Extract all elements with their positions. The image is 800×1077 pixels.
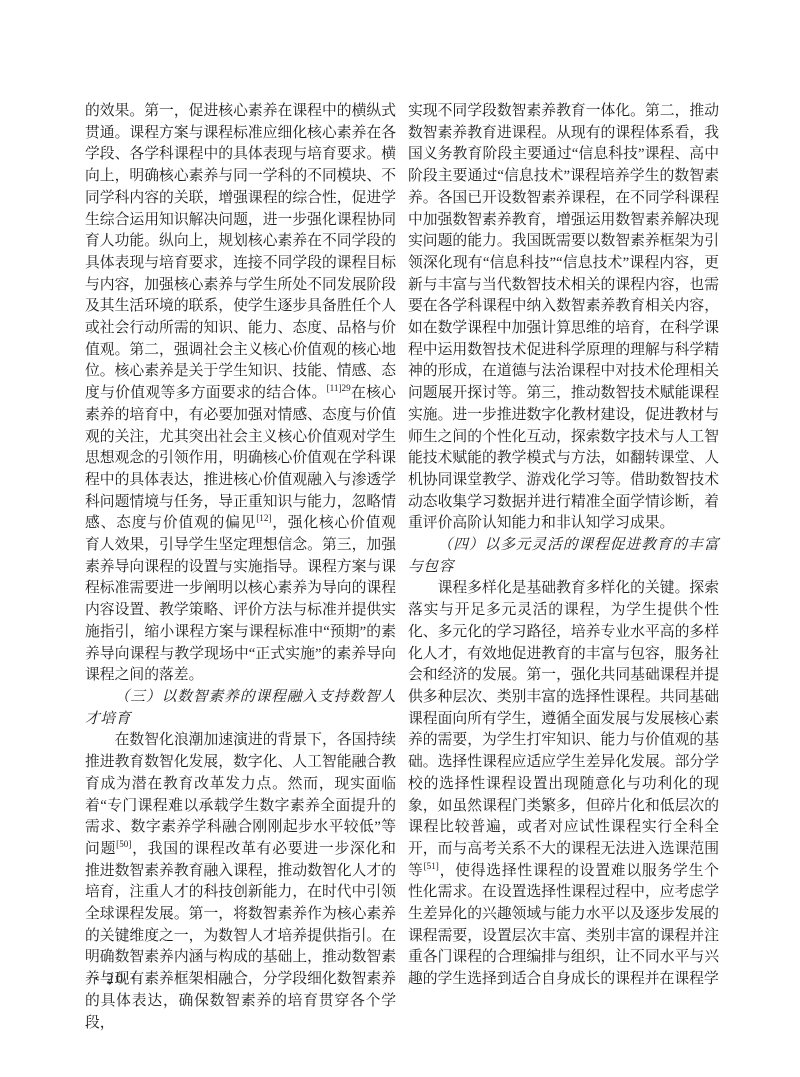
body-paragraph: 的效果。第一，促进核心素养在课程中的横纵式贯通。课程方案与课程标准应细化核心素养… [85,101,396,687]
two-column-text-body: 的效果。第一，促进核心素养在课程中的横纵式贯通。课程方案与课程标准应细化核心素养… [85,101,719,1034]
citation-superscript: [50] [116,839,131,849]
citation-superscript: [12] [256,513,271,523]
section-heading: （四）以多元灵活的课程促进教育的丰富与包容 [408,535,719,578]
body-paragraph: 课程多样化是基础教育多样化的关键。探索落实与开足多元灵活的课程，为学生提供个性化… [408,578,719,990]
section-heading: （三）以数智素养的课程融入支持数智人才培育 [85,687,396,730]
citation-superscript: [51] [424,861,439,871]
text-column-left: 的效果。第一，促进核心素养在课程中的横纵式贯通。课程方案与课程标准应细化核心素养… [85,101,396,1034]
body-paragraph: 在数智化浪潮加速演进的背景下，各国持续推进教育数智化发展，数字化、人工智能融合教… [85,730,396,1034]
text-column-right: 实现不同学段数智素养教育一体化。第二，推动数智素养教育进课程。从现有的课程体系看… [408,101,719,1034]
document-page: 的效果。第一，促进核心素养在课程中的横纵式贯通。课程方案与课程标准应细化核心素养… [0,0,800,1077]
citation-superscript: [11]29 [327,383,351,393]
body-paragraph: 实现不同学段数智素养教育一体化。第二，推动数智素养教育进课程。从现有的课程体系看… [408,101,719,535]
page-number: · 20 · [94,971,137,988]
